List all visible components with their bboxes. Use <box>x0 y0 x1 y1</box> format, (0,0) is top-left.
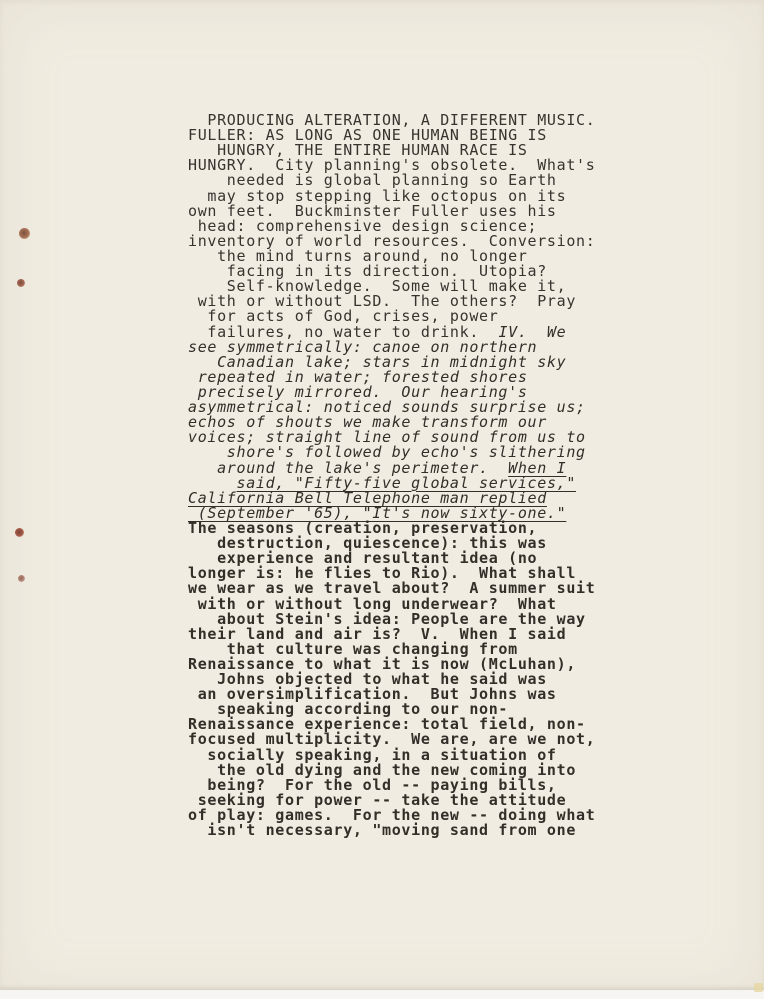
text-line: isn't necessary, "moving sand from one <box>188 823 595 838</box>
text-segment: isn't necessary, "moving sand from one <box>188 821 576 839</box>
typewritten-text-block: PRODUCING ALTERATION, A DIFFERENT MUSIC.… <box>188 113 595 838</box>
rust-spot <box>18 575 25 582</box>
rust-spot <box>15 528 24 537</box>
rust-spot <box>17 279 25 287</box>
page-bottom-edge <box>0 989 764 999</box>
scanned-typewritten-page: PRODUCING ALTERATION, A DIFFERENT MUSIC.… <box>0 0 764 999</box>
rust-spot <box>19 228 30 239</box>
corner-tape-mark <box>754 983 763 992</box>
